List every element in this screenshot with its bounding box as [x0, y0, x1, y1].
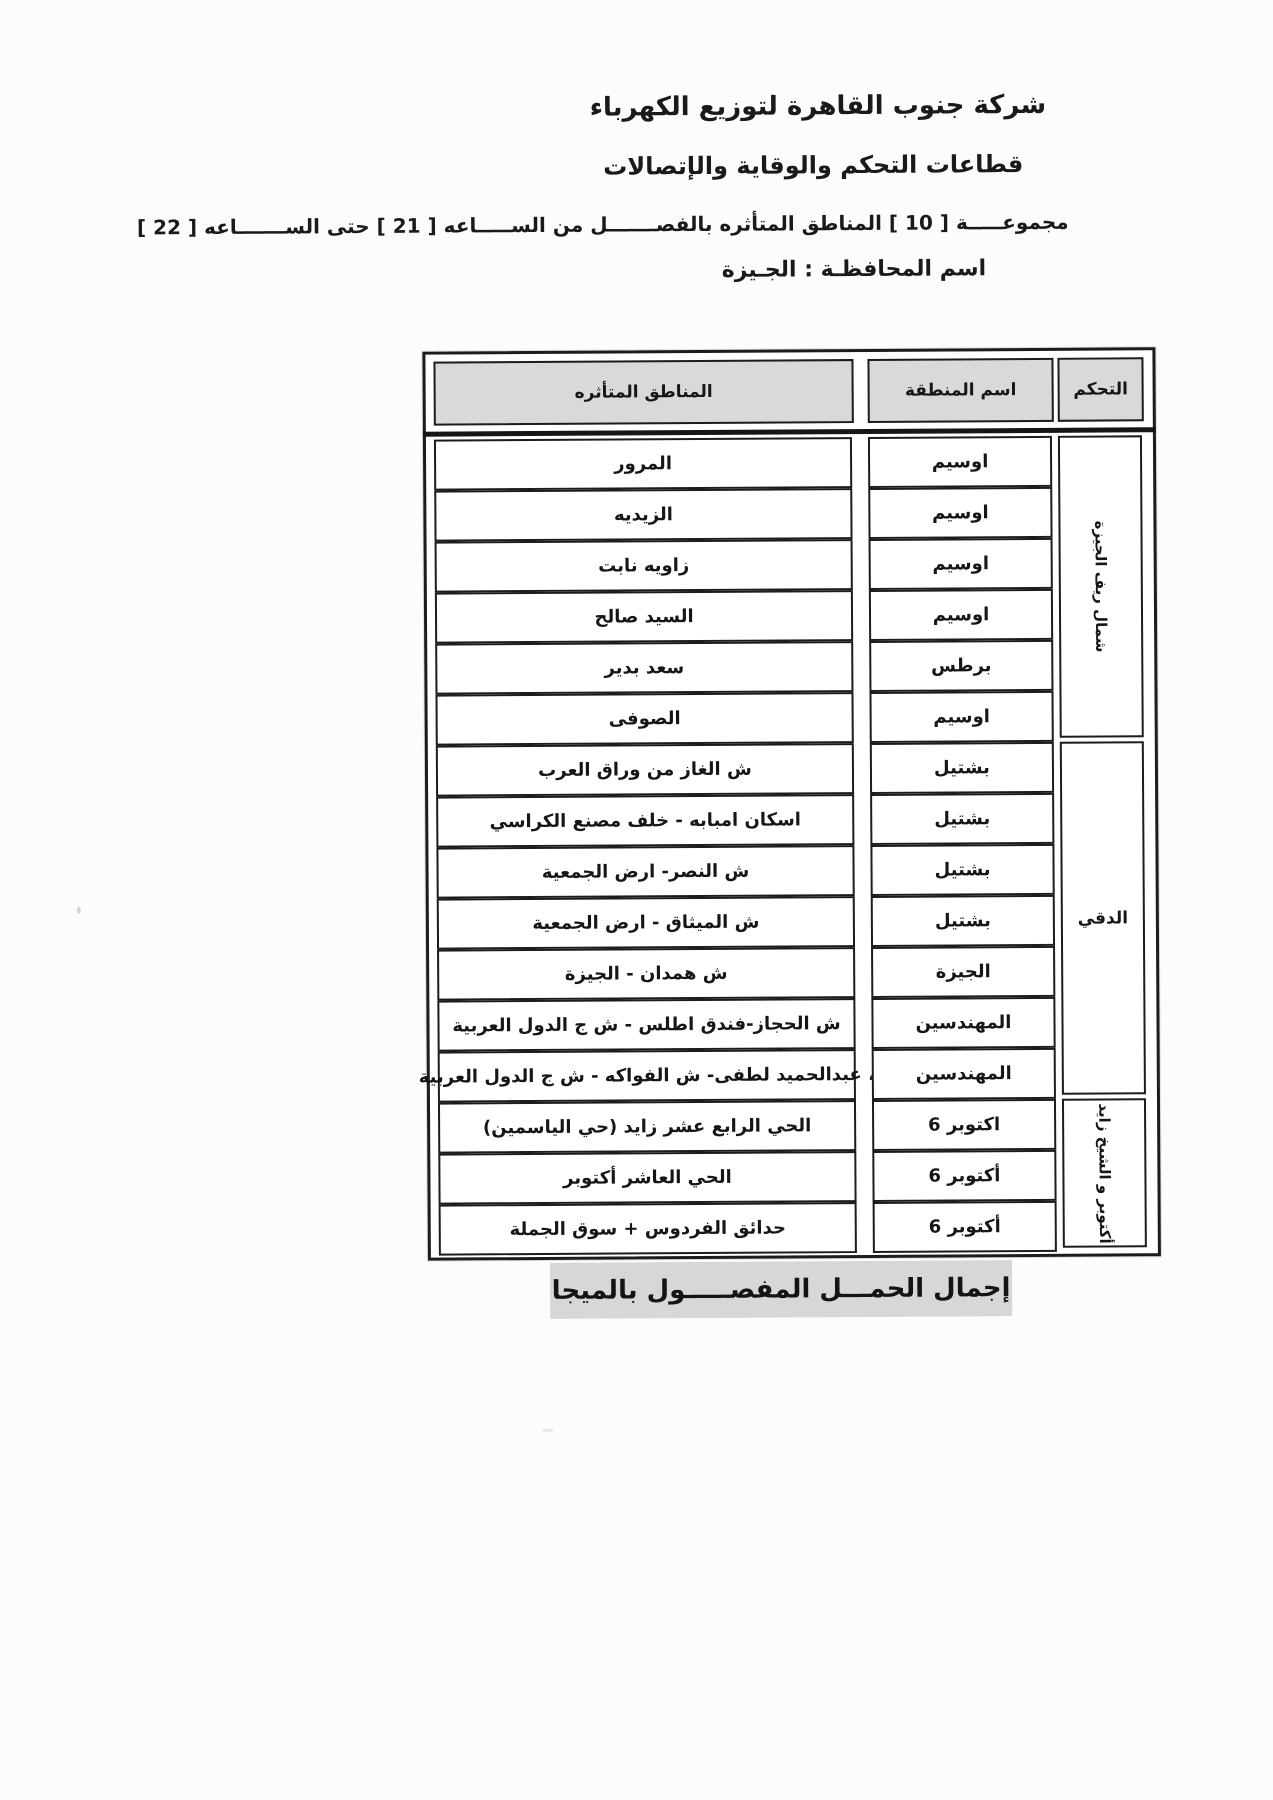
total-load-bar: إجمال الحمـــل المفصـــــول بالميجا: [550, 1260, 1012, 1319]
control-group-cell: الدقي: [1060, 741, 1146, 1095]
area-name-cell: بشتيل: [870, 742, 1054, 794]
scan-speckle: [542, 1429, 554, 1432]
area-name-cell: الجيزة: [871, 946, 1055, 998]
control-group-label: الدقي: [1078, 908, 1128, 928]
affected-area-cell: ش الغاز من وراق العرب: [436, 743, 854, 797]
area-name-cell: أكتوبر 6: [872, 1150, 1056, 1202]
area-name-cell: اكتوبر 6: [872, 1099, 1056, 1151]
scan-content: شركة جنوب القاهرة لتوزيع الكهرباء قطاعات…: [0, 0, 1273, 1800]
affected-area-cell: المرور: [434, 437, 852, 491]
affected-area-cell: زاويه نابت: [435, 539, 853, 593]
scanned-document-page: شركة جنوب القاهرة لتوزيع الكهرباء قطاعات…: [0, 0, 1273, 1800]
column-header-affected-areas: المناطق المتأثره: [433, 359, 853, 426]
affected-area-cell: ش النصر- ارض الجمعية: [436, 845, 854, 899]
outage-table: المناطق المتأثره اسم المنطقة التحكم شمال…: [422, 347, 1161, 1260]
area-name-cell: اوسيم: [869, 691, 1053, 743]
affected-area-cell: حدائق الفردوس + سوق الجملة: [439, 1202, 857, 1256]
area-name-cell: اوسيم: [869, 589, 1053, 641]
control-group-cell: أكتوبر و الشيخ زايد: [1062, 1098, 1147, 1248]
area-name-cell: المهندسين: [871, 997, 1055, 1049]
area-name-cell: بشتيل: [870, 844, 1054, 896]
area-name-cell: بشتيل: [870, 793, 1054, 845]
total-load-label: إجمال الحمـــل المفصـــــول بالميجا: [552, 1273, 1011, 1306]
area-name-cell: بشتيل: [871, 895, 1055, 947]
column-header-area-name: اسم المنطقة: [867, 358, 1053, 423]
area-name-cell: اوسيم: [868, 487, 1052, 539]
affected-area-cell: ش همدان - الجيزة: [437, 947, 855, 1001]
affected-area-cell: الحي الرابع عشر زايد (حي الياسمين): [438, 1100, 856, 1154]
affected-area-cell: السيد صالح: [435, 590, 853, 644]
affected-area-cell: الحي العاشر أكتوبر: [438, 1151, 856, 1205]
affected-area-cell: ش الميثاق - ارض الجمعية: [437, 896, 855, 950]
group-schedule-line: مجموعـــــة [ 10 ] المناطق المتأثره بالف…: [169, 210, 1069, 239]
control-group-cell: شمال ريف الجيزة: [1058, 435, 1144, 738]
area-name-cell: اوسيم: [868, 436, 1052, 488]
area-name-cell: اوسيم: [869, 538, 1053, 590]
area-name-cell: أكتوبر 6: [873, 1201, 1057, 1253]
affected-area-cell: ش الحجاز-فندق اطلس - ش ج الدول العربية: [437, 998, 855, 1052]
column-header-control: التحكم: [1057, 357, 1143, 422]
area-name-cell: برطس: [869, 640, 1053, 692]
affected-area-cell: ، عبدالحميد لطفى- ش الفواكه - ش ج الدول …: [438, 1049, 856, 1103]
scan-speckle: [77, 907, 81, 914]
affected-area-cell: اسكان امبابه - خلف مصنع الكراسي: [436, 794, 854, 848]
affected-area-cell: سعد بدير: [435, 641, 853, 695]
sector-subtitle: قطاعات التحكم والوقاية والإتصالات: [558, 150, 1068, 181]
governorate-name-line: اسم المحافظـة : الجـيزة: [689, 256, 1019, 283]
affected-area-cell: الزيديه: [434, 488, 852, 542]
company-title: شركة جنوب القاهرة لتوزيع الكهرباء: [558, 90, 1078, 123]
control-group-label: أكتوبر و الشيخ زايد: [1095, 1103, 1114, 1243]
control-group-label: شمال ريف الجيزة: [1091, 521, 1110, 653]
affected-area-cell: الصوفى: [435, 692, 853, 746]
area-name-cell: المهندسين: [872, 1048, 1056, 1100]
